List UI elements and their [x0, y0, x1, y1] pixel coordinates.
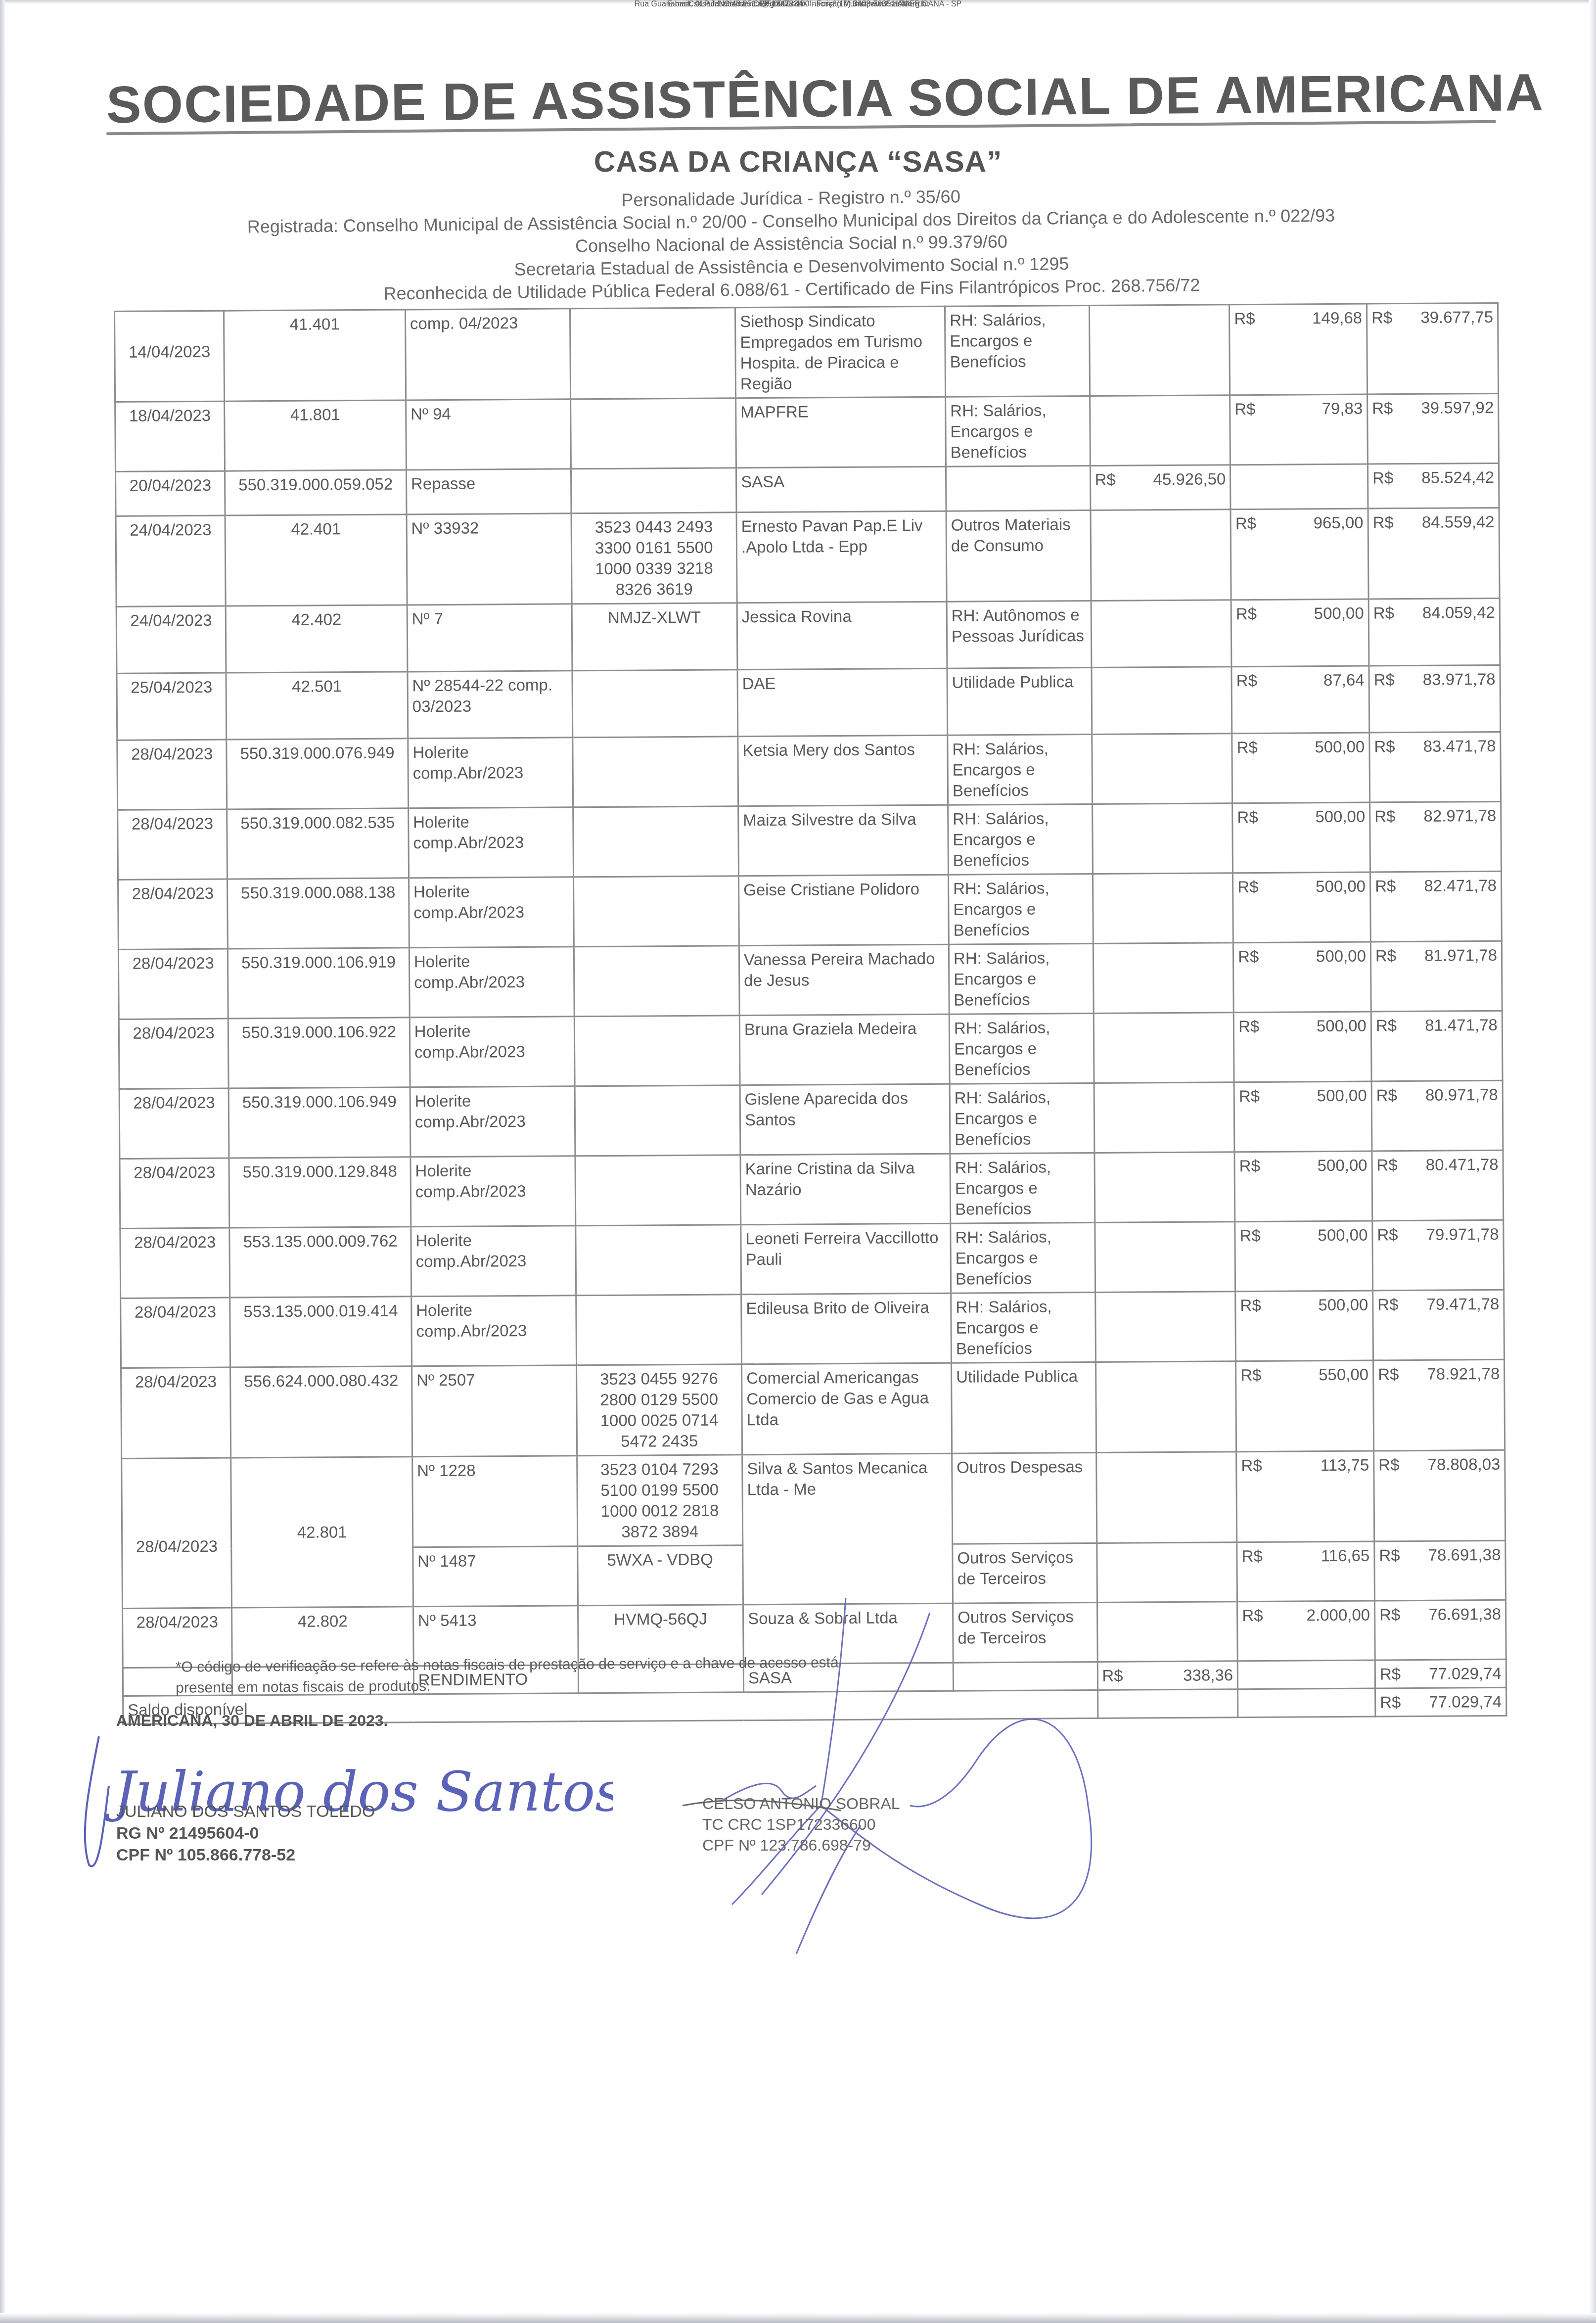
balance-cell: R$85.524,42: [1368, 463, 1499, 509]
payee-cell: DAE: [737, 668, 948, 737]
category-cell: RH: Salários, Encargos e Benefícios: [950, 1083, 1094, 1154]
registration-info: Personalidade Jurídica - Registro n.º 35…: [98, 180, 1484, 308]
category-cell: Utilidade Publica: [952, 1362, 1096, 1453]
payee-cell: Silva & Santos Mecanica Ltda - Me: [742, 1453, 953, 1605]
currency-symbol: R$: [1375, 945, 1396, 966]
category-cell: [946, 465, 1090, 511]
subtitle: CASA DA CRIANÇA “SASA”: [0, 144, 1596, 179]
amount: 79,83: [1322, 398, 1363, 419]
table-row: 28/04/2023550.319.000.076.949Holerite co…: [117, 732, 1501, 810]
category-cell: Outros Materiais de Consumo: [946, 510, 1091, 602]
table-row: 28/04/2023550.319.000.106.922Holerite co…: [119, 1011, 1503, 1089]
payee-cell: Bruna Graziela Medeira: [739, 1014, 950, 1085]
date-cell: 28/04/2023: [118, 949, 228, 1019]
balance-cell: R$82.471,78: [1370, 871, 1502, 942]
amount: 79.471,78: [1426, 1294, 1499, 1315]
document-number-cell: 41.401: [224, 310, 406, 401]
amount: 500,00: [1318, 1295, 1368, 1316]
payee-cell: Jessica Rovina: [737, 602, 947, 670]
payee-cell: MAPFRE: [736, 397, 946, 468]
category-cell: Outros Despesas: [952, 1452, 1097, 1544]
payee-cell: Leoneti Ferreira Vaccillotto Pauli: [741, 1223, 951, 1295]
balance-cell: R$76.691,38: [1374, 1600, 1506, 1660]
payee-cell: Vanessa Pereira Machado de Jesus: [739, 944, 949, 1016]
category-cell: RH: Salários, Encargos e Benefícios: [945, 305, 1090, 397]
date-cell: 28/04/2023: [121, 1298, 230, 1368]
currency-symbol: R$: [1374, 736, 1395, 757]
debit-cell: [1231, 464, 1368, 510]
currency-symbol: R$: [1236, 670, 1257, 691]
credit-cell: R$45.926,50: [1090, 465, 1231, 511]
balance-cell: R$39.677,75: [1367, 303, 1498, 394]
verification-key-cell: NMJZ-XLWT: [572, 603, 737, 671]
currency-symbol: R$: [1238, 946, 1259, 967]
date-cell: 18/04/2023: [115, 401, 225, 471]
balance-cell: R$77.029,74: [1375, 1659, 1506, 1688]
currency-symbol: R$: [1240, 1365, 1261, 1386]
date-cell: 28/04/2023: [118, 809, 228, 880]
signer1-block: JULIANO DOS SANTOS TOLEDO RG Nº 21495604…: [116, 1801, 375, 1866]
currency-symbol: R$: [1240, 1225, 1261, 1246]
category-cell: RH: Salários, Encargos e Benefícios: [951, 1222, 1095, 1293]
amount: 78.808,03: [1427, 1454, 1500, 1475]
category-cell: RH: Salários, Encargos e Benefícios: [948, 804, 1093, 875]
amount: 500,00: [1315, 806, 1365, 828]
verification-key-cell: [570, 398, 736, 469]
debit-cell: R$500,00: [1232, 733, 1370, 803]
currency-symbol: R$: [1372, 512, 1393, 533]
amount: 500,00: [1314, 603, 1364, 624]
credit-cell: [1094, 1082, 1235, 1153]
amount: 83.471,78: [1423, 736, 1496, 757]
date-cell: 28/04/2023: [120, 1158, 229, 1228]
amount: 500,00: [1317, 1155, 1367, 1176]
credit-cell: [1094, 1152, 1235, 1223]
debit-cell: R$2.000,00: [1237, 1601, 1375, 1661]
credit-cell: [1095, 1292, 1236, 1362]
document-number-cell: 550.319.000.129.848: [229, 1157, 410, 1228]
table-row: 28/04/2023550.319.000.106.949Holerite co…: [119, 1080, 1503, 1159]
verification-key-cell: [572, 670, 737, 738]
amount: 113,75: [1321, 1455, 1369, 1476]
category-cell: RH: Salários, Encargos e Benefícios: [949, 1013, 1094, 1084]
payee-cell: Gislene Aparecida dos Santos: [740, 1084, 950, 1155]
credit-cell: [1092, 734, 1232, 804]
currency-symbol: R$: [1237, 877, 1258, 897]
verification-key-cell: 3523 0455 9276 2800 0129 5500 1000 0025 …: [576, 1364, 742, 1456]
category-cell: RH: Salários, Encargos e Benefícios: [948, 874, 1093, 944]
currency-symbol: R$: [1240, 1295, 1261, 1316]
document-number-cell: 553.135.000.009.762: [229, 1227, 411, 1298]
debit-cell: R$500,00: [1231, 599, 1369, 667]
reference-cell: Holerite comp.Abr/2023: [410, 1017, 575, 1087]
reference-cell: Nº 28544-22 comp. 03/2023: [408, 671, 572, 739]
document-number-cell: 42.401: [225, 514, 407, 606]
amount: 85.524,42: [1421, 467, 1494, 488]
balance-cell: R$84.559,42: [1368, 508, 1500, 599]
signer1-name: JULIANO DOS SANTOS TOLEDO: [116, 1801, 375, 1822]
table-row: 28/04/2023550.319.000.082.535Holerite co…: [118, 801, 1502, 880]
balance-cell: R$78.808,03: [1374, 1450, 1505, 1541]
currency-symbol: R$: [1380, 1692, 1401, 1713]
verification-key-cell: [575, 1085, 740, 1156]
reference-cell: Nº 2507: [411, 1365, 577, 1457]
document-number-cell: 550.319.000.076.949: [227, 739, 408, 809]
signer1-cpf: CPF Nº 105.866.778-52: [116, 1844, 375, 1866]
document-number-cell: 550.319.000.082.535: [227, 808, 409, 879]
amount: 77.029,74: [1429, 1691, 1502, 1713]
verification-key-cell: 3523 0443 2493 3300 0161 5500 1000 0339 …: [571, 512, 737, 604]
date-cell: 24/04/2023: [116, 606, 226, 673]
credit-cell: [1092, 803, 1233, 874]
credit-cell: [1090, 395, 1231, 466]
amount: 78.921,78: [1427, 1363, 1500, 1385]
verification-key-cell: [570, 308, 736, 399]
page-edge-bottom: [0, 2313, 1596, 2323]
credit-cell: [1093, 943, 1234, 1014]
amount: 338,36: [1183, 1665, 1233, 1686]
reference-cell: Repasse: [406, 469, 571, 514]
category-cell: Outros Serviços de Terceiros: [953, 1543, 1097, 1603]
footer-email[interactable]: E-mail: sasacasadacrianca@gmail.com: [667, 0, 806, 8]
date-cell: 28/04/2023: [118, 879, 228, 949]
credit-cell: [1091, 667, 1231, 735]
balance-cell: R$83.471,78: [1369, 732, 1501, 802]
balance-cell: R$82.971,78: [1370, 801, 1502, 872]
currency-symbol: R$: [1372, 398, 1393, 418]
credit-cell: [1091, 510, 1231, 601]
amount: 81.971,78: [1424, 945, 1497, 966]
document-number-cell: 553.135.000.019.414: [230, 1297, 411, 1367]
payee-cell: Ketsia Mery dos Santos: [738, 735, 948, 806]
category-cell: RH: Salários, Encargos e Benefícios: [949, 943, 1093, 1014]
category-cell: RH: Salários, Encargos e Benefícios: [950, 1153, 1094, 1223]
balance-cell: R$78.691,38: [1374, 1540, 1506, 1601]
verification-key-cell: 5WXA - VDBQ: [577, 1545, 743, 1606]
verification-key-cell: [575, 1155, 740, 1226]
amount: 500,00: [1317, 1085, 1367, 1107]
table-row: 25/04/202342.501Nº 28544-22 comp. 03/202…: [117, 665, 1501, 740]
verification-key-cell: [574, 1016, 740, 1086]
currency-symbol: R$: [1241, 1546, 1262, 1567]
reference-cell: comp. 04/2023: [405, 309, 570, 400]
debit-cell: [1238, 1688, 1375, 1718]
currency-symbol: R$: [1379, 1604, 1400, 1625]
currency-symbol: R$: [1373, 669, 1394, 690]
debit-cell: R$500,00: [1235, 1221, 1373, 1292]
balance-cell: R$39.597,92: [1368, 393, 1499, 464]
balance-cell: R$84.059,42: [1368, 598, 1500, 666]
reference-cell: Holerite comp.Abr/2023: [410, 1086, 575, 1157]
balance-cell: R$81.471,78: [1371, 1011, 1503, 1081]
currency-symbol: R$: [1375, 876, 1396, 896]
verification-key-cell: 3523 0104 7293 5100 0199 5500 1000 0012 …: [577, 1455, 743, 1546]
amount: 83.971,78: [1423, 669, 1496, 690]
category-cell: RH: Autônomos e Pessoas Jurídicas: [947, 601, 1091, 668]
date-cell: 28/04/2023: [119, 1088, 229, 1159]
page-edge-right: [1589, 0, 1596, 2323]
currency-symbol: R$: [1237, 807, 1258, 828]
balance-cell: R$79.471,78: [1373, 1290, 1505, 1360]
table-row: 28/04/2023553.135.000.009.762Holerite co…: [120, 1220, 1504, 1298]
debit-cell: R$500,00: [1232, 802, 1370, 873]
currency-symbol: R$: [1235, 513, 1256, 534]
payee-cell: Edileusa Brito de Oliveira: [741, 1293, 952, 1364]
document-number-cell: 556.624.000.080.432: [230, 1366, 412, 1458]
amount: 80.471,78: [1426, 1154, 1499, 1175]
credit-cell: [1095, 1361, 1236, 1453]
signer2-name: CELSO ANTONIO SOBRAL: [702, 1793, 900, 1814]
page-edge-left: [0, 0, 5, 2323]
currency-symbol: R$: [1371, 307, 1392, 328]
amount: 965,00: [1314, 512, 1364, 534]
currency-symbol: R$: [1376, 1085, 1397, 1106]
reference-cell: Holerite comp.Abr/2023: [411, 1226, 576, 1297]
table-row: 18/04/202341.801Nº 94MAPFRERH: Salários,…: [115, 393, 1499, 471]
reference-cell: Holerite comp.Abr/2023: [408, 807, 573, 878]
balance-cell: R$78.921,78: [1373, 1359, 1505, 1451]
category-cell: Utilidade Publica: [947, 667, 1092, 735]
balance-cell: R$80.971,78: [1371, 1080, 1503, 1151]
currency-symbol: R$: [1239, 1156, 1260, 1176]
debit-cell: R$500,00: [1233, 1012, 1371, 1082]
amount: 45.926,50: [1153, 468, 1226, 490]
balance-cell: R$80.471,78: [1372, 1150, 1504, 1221]
amount: 500,00: [1316, 876, 1366, 897]
table-row: 24/04/202342.402Nº 7NMJZ-XLWTJessica Rov…: [116, 598, 1500, 673]
debit-cell: R$550,00: [1236, 1360, 1374, 1452]
reference-cell: Nº 1228: [412, 1456, 578, 1547]
amount: 500,00: [1317, 1016, 1367, 1037]
table-row: 24/04/202342.401Nº 339323523 0443 2493 3…: [116, 508, 1500, 606]
category-cell: RH: Salários, Encargos e Benefícios: [951, 1292, 1095, 1363]
signature-celso: [633, 1598, 1128, 1954]
date-cell: 28/04/2023: [120, 1228, 230, 1298]
document-number-cell: 42.402: [226, 605, 408, 673]
amount: 500,00: [1316, 946, 1366, 967]
debit-cell: R$500,00: [1234, 1151, 1372, 1222]
debit-cell: R$500,00: [1234, 1081, 1372, 1152]
currency-symbol: R$: [1234, 399, 1255, 419]
amount: 84.059,42: [1422, 602, 1495, 623]
currency-symbol: R$: [1242, 1605, 1263, 1626]
amount: 81.471,78: [1425, 1015, 1498, 1036]
table-row: 28/04/2023550.319.000.129.848Holerite co…: [120, 1150, 1504, 1228]
credit-cell: [1096, 1452, 1237, 1543]
amount: 76.691,38: [1428, 1604, 1501, 1625]
debit-cell: R$965,00: [1231, 509, 1368, 600]
date-cell: 24/04/2023: [116, 515, 226, 606]
currency-symbol: R$: [1236, 737, 1257, 758]
credit-cell: [1094, 1013, 1234, 1083]
debit-cell: R$87,64: [1231, 666, 1369, 734]
amount: 500,00: [1315, 737, 1365, 758]
amount: 80.971,78: [1425, 1084, 1498, 1106]
date-cell: 20/04/2023: [115, 471, 225, 516]
footer-contact: E-mail: sasacasadacrianca@gmail.com - Si…: [0, 0, 1596, 9]
category-cell: RH: Salários, Encargos e Benefícios: [948, 734, 1092, 805]
currency-symbol: R$: [1374, 806, 1395, 827]
signer2-crc: TC CRC 1SP172336600: [702, 1814, 900, 1835]
amount: 39.677,75: [1420, 307, 1493, 328]
verification-key-cell: [572, 737, 738, 807]
amount: 39.597,92: [1421, 397, 1494, 418]
debit-cell: R$79,83: [1230, 394, 1368, 465]
ledger-table: 14/04/202341.401comp. 04/2023Siethosp Si…: [114, 302, 1507, 1725]
currency-symbol: R$: [1241, 1455, 1262, 1476]
reference-cell: Nº 7: [407, 604, 572, 672]
amount: 149,68: [1312, 308, 1362, 329]
currency-symbol: R$: [1377, 1294, 1398, 1315]
date-cell: 28/04/2023: [121, 1367, 231, 1458]
available-balance-value: R$77.029,74: [1375, 1687, 1506, 1717]
verification-key-cell: [573, 806, 738, 877]
date-cell: 14/04/2023: [115, 311, 225, 402]
currency-symbol: R$: [1376, 1155, 1397, 1175]
currency-symbol: R$: [1234, 308, 1255, 329]
document-number-cell: 550.319.000.106.949: [228, 1087, 410, 1158]
currency-symbol: R$: [1239, 1086, 1260, 1107]
category-cell: RH: Salários, Encargos e Benefícios: [946, 396, 1090, 466]
table-row: 28/04/202342.801Nº 12283523 0104 7293 51…: [122, 1450, 1505, 1549]
amount: 79.971,78: [1426, 1224, 1499, 1245]
document-number-cell: 550.319.000.106.919: [228, 948, 410, 1019]
verification-key-cell: [576, 1295, 741, 1365]
reference-cell: Nº 1487: [413, 1546, 578, 1607]
credit-cell: [1096, 1542, 1237, 1603]
amount: 77.029,74: [1429, 1663, 1502, 1684]
debit-cell: [1237, 1660, 1375, 1689]
document-number-cell: 42.801: [231, 1457, 413, 1608]
debit-cell: R$500,00: [1235, 1291, 1373, 1361]
currency-symbol: R$: [1372, 467, 1393, 488]
currency-symbol: R$: [1236, 604, 1257, 624]
payee-cell: Ernesto Pavan Pap.E Liv .Apolo Ltda - Ep…: [736, 511, 947, 603]
reference-cell: Nº 94: [406, 399, 571, 470]
amount: 550,00: [1319, 1364, 1368, 1386]
currency-symbol: R$: [1095, 469, 1116, 490]
payee-cell: Comercial Americangas Comercio de Gas e …: [742, 1363, 952, 1455]
debit-cell: R$500,00: [1233, 872, 1371, 943]
debit-cell: R$113,75: [1236, 1451, 1374, 1542]
reference-cell: Holerite comp.Abr/2023: [409, 947, 574, 1018]
debit-cell: R$149,68: [1230, 304, 1368, 395]
amount: 82.471,78: [1424, 875, 1497, 896]
credit-cell: [1093, 873, 1233, 944]
table-row: 20/04/2023550.319.000.059.052RepasseSASA…: [115, 463, 1499, 516]
amount: 84.559,42: [1422, 511, 1495, 533]
amount: 82.971,78: [1423, 805, 1496, 827]
reference-cell: Holerite comp.Abr/2023: [408, 738, 573, 808]
currency-symbol: R$: [1376, 1015, 1397, 1036]
debit-cell: R$500,00: [1233, 942, 1371, 1013]
table-row: 28/04/2023550.319.000.088.138Holerite co…: [118, 871, 1502, 949]
document-number-cell: 550.319.000.106.922: [228, 1018, 410, 1088]
balance-cell: R$79.971,78: [1372, 1220, 1504, 1291]
date-cell: 28/04/2023: [119, 1019, 228, 1089]
currency-symbol: R$: [1373, 603, 1394, 623]
currency-symbol: R$: [1378, 1364, 1399, 1385]
verification-key-cell: [574, 946, 739, 1017]
currency-symbol: R$: [1238, 1016, 1259, 1037]
verification-key-cell: [575, 1225, 741, 1296]
reference-cell: Holerite comp.Abr/2023: [411, 1296, 577, 1366]
verification-key-cell: [573, 876, 739, 947]
currency-symbol: R$: [1380, 1664, 1401, 1684]
currency-symbol: R$: [1378, 1454, 1399, 1475]
currency-symbol: R$: [1377, 1224, 1398, 1245]
signer2-cpf: CPF Nº 123.786.698-79: [702, 1835, 900, 1856]
payee-cell: Siethosp Sindicato Empregados em Turismo…: [735, 306, 945, 398]
payee-cell: SASA: [736, 466, 946, 512]
signer2-block: CELSO ANTONIO SOBRAL TC CRC 1SP172336600…: [702, 1793, 900, 1856]
document-number-cell: 41.801: [225, 400, 406, 471]
table-row: 28/04/2023550.319.000.106.919Holerite co…: [118, 941, 1502, 1019]
footer-separator: -: [808, 0, 850, 8]
verification-key-cell: [571, 468, 736, 513]
credit-cell: [1091, 600, 1231, 668]
date-cell: 28/04/2023: [122, 1458, 232, 1608]
payee-cell: Geise Cristiane Polidoro: [738, 875, 949, 946]
table-row: 28/04/2023556.624.000.080.432Nº 25073523…: [121, 1359, 1505, 1458]
table-row: 28/04/2023553.135.000.019.414Holerite co…: [121, 1290, 1505, 1368]
amount: 87,64: [1323, 670, 1365, 691]
payee-cell: Karine Cristina da Silva Nazário: [740, 1154, 951, 1225]
amount: 116,65: [1321, 1545, 1370, 1567]
table-row: 14/04/202341.401comp. 04/2023Siethosp Si…: [115, 303, 1499, 402]
currency-symbol: R$: [1379, 1545, 1400, 1566]
reference-cell: Nº 33932: [407, 513, 572, 605]
reference-cell: Holerite comp.Abr/2023: [409, 877, 574, 948]
credit-cell: [1089, 305, 1230, 396]
amount: 2.000,00: [1307, 1605, 1370, 1626]
document-number-cell: 550.319.000.059.052: [225, 470, 407, 515]
debit-cell: R$116,65: [1237, 1541, 1374, 1602]
balance-cell: R$81.971,78: [1370, 941, 1502, 1012]
date-cell: 28/04/2023: [117, 740, 227, 810]
payee-cell: Maiza Silvestre da Silva: [738, 805, 949, 876]
document-number-cell: 550.319.000.088.138: [228, 878, 409, 949]
date-cell: 25/04/2023: [117, 673, 227, 740]
balance-cell: R$83.971,78: [1369, 665, 1501, 733]
amount: 500,00: [1318, 1225, 1368, 1246]
signer1-rg: RG Nº 21495604-0: [116, 1822, 375, 1844]
amount: 78.691,38: [1428, 1544, 1501, 1566]
footer-site[interactable]: Site: www.sasa.org.br: [852, 0, 929, 8]
document-number-cell: 42.501: [226, 672, 408, 740]
reference-cell: Holerite comp.Abr/2023: [410, 1156, 576, 1227]
credit-cell: [1094, 1222, 1235, 1293]
